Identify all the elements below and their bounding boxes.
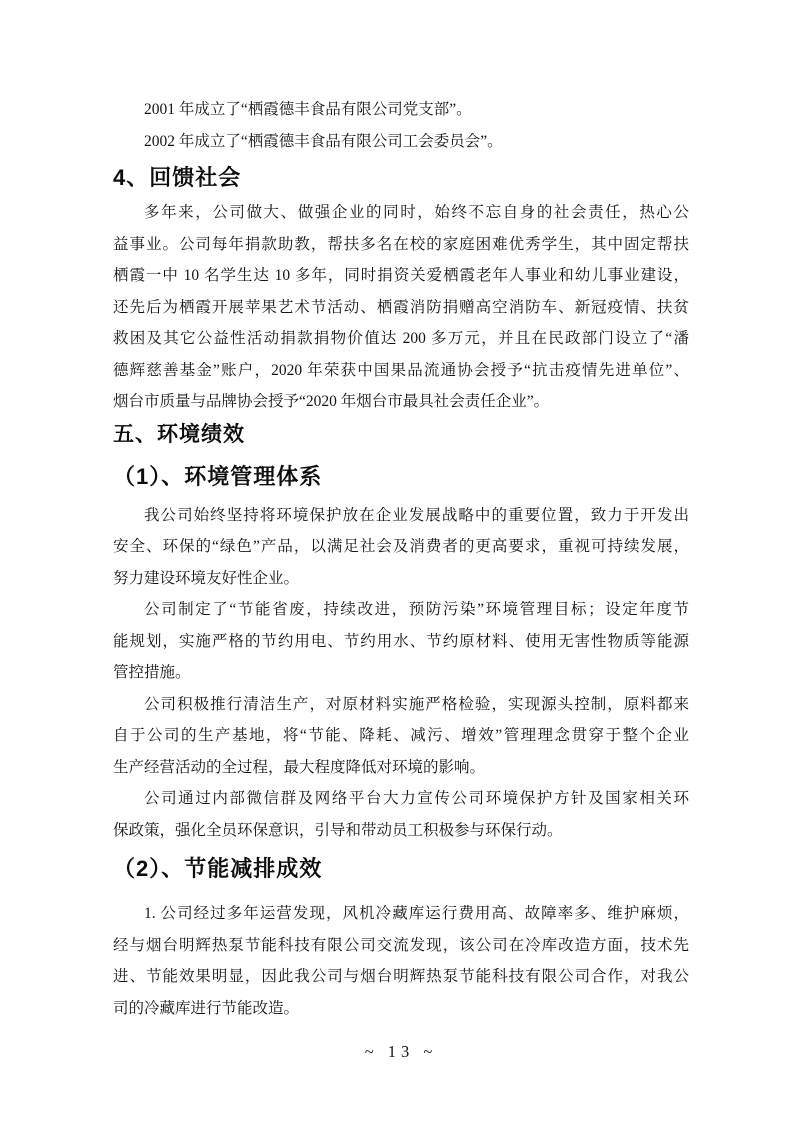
sub1-para2-line: 能规划，实施严格的节约用电、节约用水、节约原材料、使用无害性物质等能源 bbox=[113, 626, 689, 658]
section4-para-line: 栖霞一中 10 名学生达 10 多年，同时捐资关爱栖霞老年人事业和幼儿事业建设， bbox=[113, 260, 689, 292]
document-page: 2001 年成立了“栖霞德丰食品有限公司党支部”。 2002 年成立了“栖霞德丰… bbox=[0, 0, 800, 1131]
sub1-para3-line: 公司积极推行清洁生产，对原材料实施严格检验，实现源头控制，原料都来 bbox=[113, 689, 689, 721]
sub1-para3-line: 生产经营活动的全过程，最大程度降低对环境的影响。 bbox=[113, 752, 689, 784]
sub1-para2-line: 管控措施。 bbox=[113, 657, 689, 689]
sub1-para2-line: 公司制定了“节能省废，持续改进，预防污染”环境管理目标；设定年度节 bbox=[113, 594, 689, 626]
sub1-para4-line: 公司通过内部微信群及网络平台大力宣传公司环境保护方针及国家相关环 bbox=[113, 783, 689, 815]
sub2-para1-line: 1. 公司经过多年运营发现，风机冷藏库运行费用高、故障率多、维护麻烦， bbox=[113, 898, 689, 930]
intro-line-2001: 2001 年成立了“栖霞德丰食品有限公司党支部”。 bbox=[113, 94, 689, 126]
document-content: 2001 年成立了“栖霞德丰食品有限公司党支部”。 2002 年成立了“栖霞德丰… bbox=[113, 0, 689, 1068]
section4-para-line: 烟台市质量与品牌协会授予“2020 年烟台市最具社会责任企业”。 bbox=[113, 386, 689, 418]
sub1-para1-line: 努力建设环境友好性企业。 bbox=[113, 563, 689, 595]
sub2-para1-line: 司的冷藏库进行节能改造。 bbox=[113, 993, 689, 1025]
heading-section4-give-back-society: 4、回馈社会 bbox=[113, 163, 689, 193]
section4-para-line: 德辉慈善基金”账户，2020 年荣获中国果品流通协会授予“抗击疫情先进单位”、 bbox=[113, 355, 689, 387]
sub1-para1-line: 安全、环保的“绿色”产品，以满足社会及消费者的更高要求，重视可持续发展， bbox=[113, 531, 689, 563]
sub1-para4-line: 保政策，强化全员环保意识，引导和带动员工积极参与环保行动。 bbox=[113, 815, 689, 847]
intro-line-2002: 2002 年成立了“栖霞德丰食品有限公司工会委员会”。 bbox=[113, 126, 689, 158]
section4-para-line: 救困及其它公益性活动捐款捐物价值达 200 多万元，并且在民政部门设立了“潘 bbox=[113, 323, 689, 355]
section4-para-line: 多年来，公司做大、做强企业的同时，始终不忘自身的社会责任，热心公 bbox=[113, 197, 689, 229]
heading-sub1-environmental-management-system: （1）、环境管理体系 bbox=[113, 462, 689, 492]
sub1-para3-line: 自于公司的生产基地，将“节能、降耗、减污、增效”管理理念贯穿于整个企业 bbox=[113, 720, 689, 752]
sub2-para1-line: 进、节能效果明显，因此我公司与烟台明辉热泵节能科技有限公司合作，对我公 bbox=[113, 961, 689, 993]
heading-sub2-energy-saving-results: （2）、节能减排成效 bbox=[113, 854, 689, 884]
page-number: ~ 13 ~ bbox=[113, 1036, 689, 1068]
section4-para-line: 益事业。公司每年捐款助教，帮扶多名在校的家庭困难优秀学生，其中固定帮扶 bbox=[113, 229, 689, 261]
section4-para-line: 还先后为栖霞开展苹果艺术节活动、栖霞消防捐赠高空消防车、新冠疫情、扶贫 bbox=[113, 292, 689, 324]
sub2-para1-line: 经与烟台明辉热泵节能科技有限公司交流发现，该公司在冷库改造方面，技术先 bbox=[113, 930, 689, 962]
heading-section5-environmental-performance: 五、环境绩效 bbox=[113, 420, 689, 450]
sub1-para1-line: 我公司始终坚持将环境保护放在企业发展战略中的重要位置，致力于开发出 bbox=[113, 500, 689, 532]
